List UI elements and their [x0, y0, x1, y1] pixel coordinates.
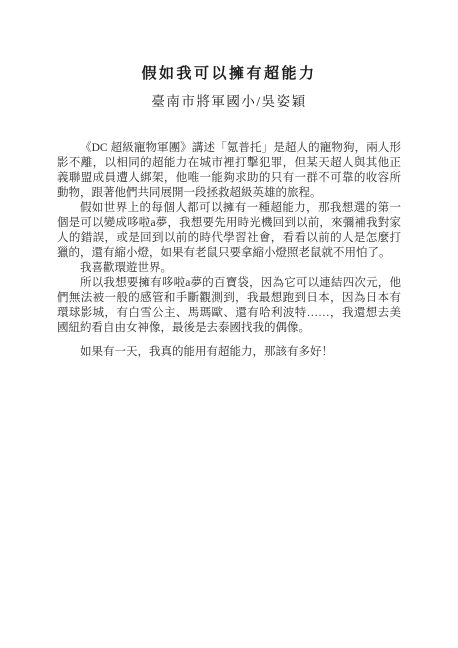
essay-author: 臺南市將軍國小/吳姿穎 [57, 93, 401, 111]
essay-paragraph-3: 我喜歡環遊世界。 [57, 261, 401, 276]
essay-body: 《DC 超級寵物軍團》講述「氪普托」是超人的寵物狗，兩人形影不離，以相同的超能力… [57, 141, 401, 360]
essay-paragraph-2: 假如世界上的每個人都可以擁有一種超能力，那我想選的第一個是可以變成哆啦a夢，我想… [57, 201, 401, 261]
essay-paragraph-1: 《DC 超級寵物軍團》講述「氪普托」是超人的寵物狗，兩人形影不離，以相同的超能力… [57, 141, 401, 201]
document-page: 假如我可以擁有超能力 臺南市將軍國小/吳姿穎 《DC 超級寵物軍團》講述「氪普托… [0, 0, 458, 648]
essay-paragraph-5: 如果有一天，我真的能用有超能力，那該有多好！ [57, 345, 401, 360]
essay-title: 假如我可以擁有超能力 [57, 64, 401, 84]
essay-paragraph-4: 所以我想要擁有哆啦a夢的百寶袋，因為它可以連結四次元，他們無法被一般的感管和手斷… [57, 276, 401, 336]
